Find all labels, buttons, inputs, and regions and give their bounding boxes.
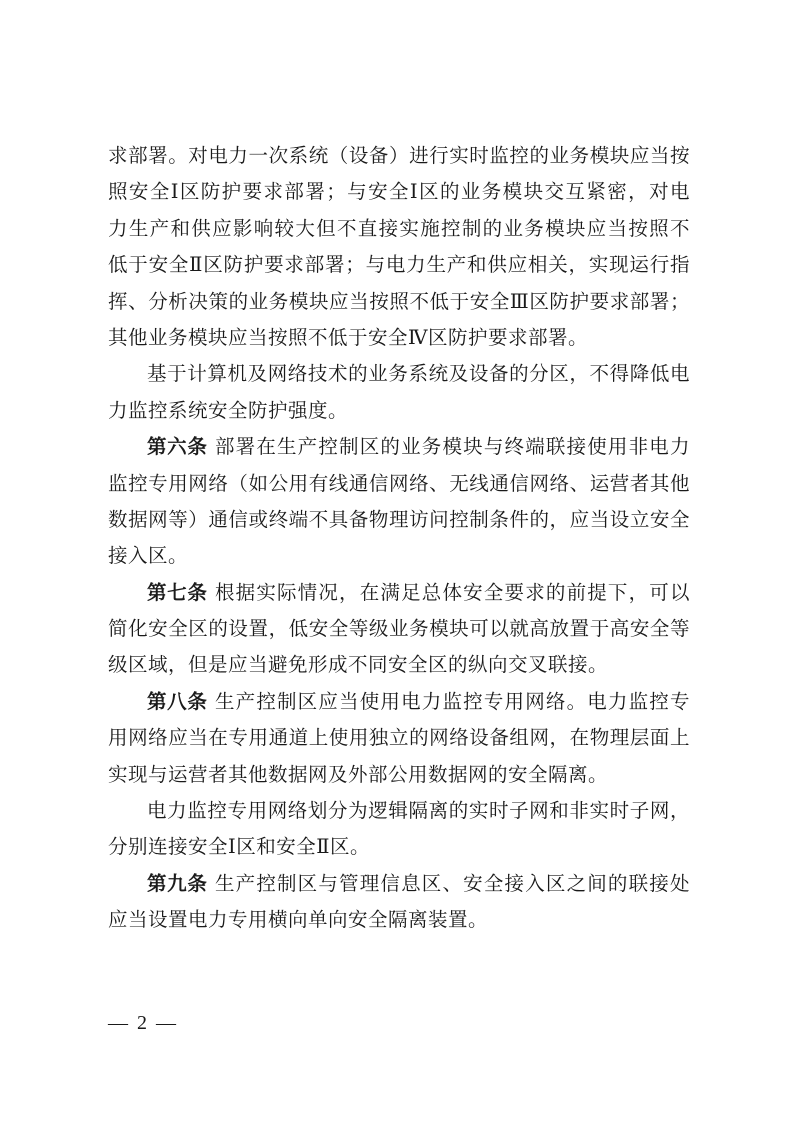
text-line: 基于计算机及网络技术的业务系统及设备的分区，不得降低电 bbox=[108, 356, 690, 392]
article-9-first-line: 第九条 生产控制区与管理信息区、安全接入区之间的联接处 bbox=[108, 866, 690, 902]
text-line: 低于安全Ⅱ区防护要求部署；与电力生产和供应相关，实现运行指 bbox=[108, 247, 690, 283]
text-line: 电力监控专用网络划分为逻辑隔离的实时子网和非实时子网， bbox=[108, 793, 690, 829]
text-line: 根据实际情况，在满足总体安全要求的前提下，可以 bbox=[215, 581, 690, 604]
article-heading: 第八条 bbox=[147, 690, 208, 713]
text-line: 级区域，但是应当避免形成不同安全区的纵向交叉联接。 bbox=[108, 647, 690, 683]
text-line: 生产控制区应当使用电力监控专用网络。电力监控专 bbox=[215, 690, 690, 713]
text-line: 用网络应当在专用通道上使用独立的网络设备组网，在物理层面上 bbox=[108, 720, 690, 756]
text-line: 实现与运营者其他数据网及外部公用数据网的安全隔离。 bbox=[108, 757, 690, 793]
text-line: 生产控制区与管理信息区、安全接入区之间的联接处 bbox=[215, 872, 690, 895]
article-heading: 第九条 bbox=[147, 872, 208, 895]
text-line: 简化安全区的设置，低安全等级业务模块可以就高放置于高安全等 bbox=[108, 611, 690, 647]
text-line: 照安全Ⅰ区防护要求部署；与安全Ⅰ区的业务模块交互紧密，对电 bbox=[108, 174, 690, 210]
text-line: 力监控系统安全防护强度。 bbox=[108, 393, 690, 429]
text-line: 数据网等）通信或终端不具备物理访问控制条件的，应当设立安全 bbox=[108, 502, 690, 538]
text-line: 应当设置电力专用横向单向安全隔离装置。 bbox=[108, 902, 690, 938]
text-line: 力生产和供应影响较大但不直接实施控制的业务模块应当按照不 bbox=[108, 211, 690, 247]
article-7-first-line: 第七条 根据实际情况，在满足总体安全要求的前提下，可以 bbox=[108, 575, 690, 611]
text-line: 分别连接安全Ⅰ区和安全Ⅱ区。 bbox=[108, 829, 690, 865]
text-line: 挥、分析决策的业务模块应当按照不低于安全Ⅲ区防护要求部署； bbox=[108, 284, 690, 320]
text-line: 求部署。对电力一次系统（设备）进行实时监控的业务模块应当按 bbox=[108, 138, 690, 174]
article-8-first-line: 第八条 生产控制区应当使用电力监控专用网络。电力监控专 bbox=[108, 684, 690, 720]
text-line: 监控专用网络（如公用有线通信网络、无线通信网络、运营者其他 bbox=[108, 466, 690, 502]
article-heading: 第六条 bbox=[147, 435, 208, 458]
article-heading: 第七条 bbox=[147, 581, 208, 604]
text-line: 接入区。 bbox=[108, 538, 690, 574]
text-line: 其他业务模块应当按照不低于安全Ⅳ区防护要求部署。 bbox=[108, 320, 690, 356]
page-number: — 2 — bbox=[108, 1012, 178, 1035]
text-line: 部署在生产控制区的业务模块与终端联接使用非电力 bbox=[215, 435, 690, 458]
article-6-first-line: 第六条 部署在生产控制区的业务模块与终端联接使用非电力 bbox=[108, 429, 690, 465]
document-body: 求部署。对电力一次系统（设备）进行实时监控的业务模块应当按 照安全Ⅰ区防护要求部… bbox=[108, 138, 690, 939]
